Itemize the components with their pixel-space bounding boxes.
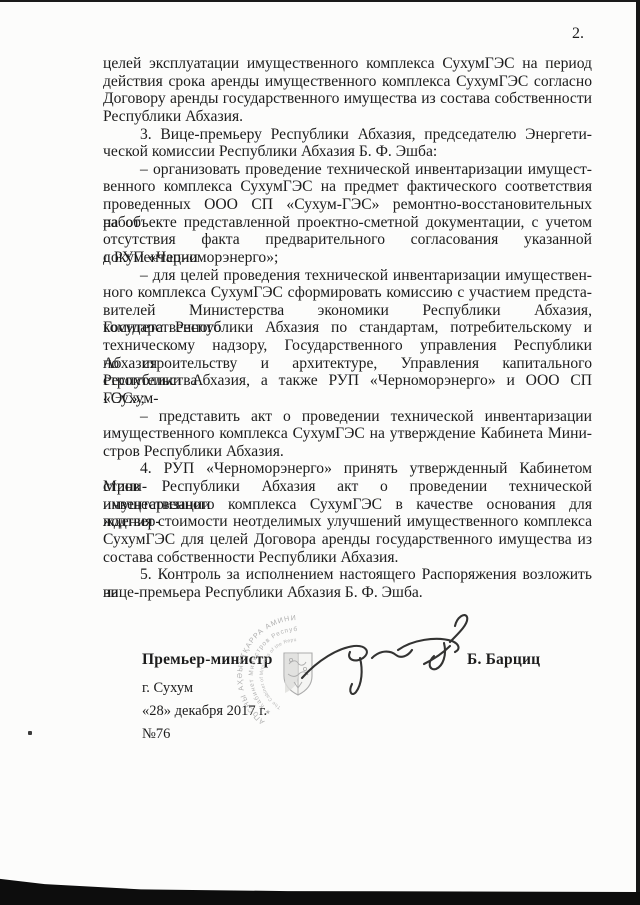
text-line: по строительству и архитектуре, Управлен… — [103, 355, 592, 373]
text-line: состава собственности Республики Абхазия… — [103, 549, 592, 567]
signature-icon — [288, 608, 483, 708]
document-page: 2. целей эксплуатации имущественного ком… — [0, 0, 640, 905]
text-line: ГЭС»; — [103, 390, 592, 408]
text-line: ного комплекса СухумГЭС сформировать ком… — [103, 284, 592, 302]
text-line: техническому надзору, Государственного у… — [103, 337, 592, 355]
paragraph: 4. РУП «Черноморэнерго» принять утвержде… — [103, 460, 592, 566]
text-line: вителей Министерства экономики Республик… — [103, 302, 592, 320]
text-line: ждения стоимости неотделимых улучшений и… — [103, 513, 592, 531]
text-line: Договору аренды государственного имущест… — [103, 90, 592, 108]
document-paragraphs: целей эксплуатации имущественного компле… — [103, 55, 592, 601]
scan-edge-bottom — [0, 876, 640, 905]
text-line: ческой комиссии Республики Абхазия Б. Ф.… — [103, 143, 592, 161]
text-line: комитета Республики Абхазия по стандарта… — [103, 319, 592, 337]
text-line: Республики Абхазия, а также РУП «Черномо… — [103, 372, 592, 390]
text-line: Республики Абхазия. — [103, 108, 592, 126]
text-line: целей эксплуатации имущественного компле… — [103, 55, 592, 73]
text-line: стров Республики Абхазия акт о проведени… — [103, 478, 592, 496]
text-line: вице-премьера Республики Абхазия Б. Ф. Э… — [103, 584, 592, 602]
text-line: СухумГЭС для целей Договора аренды госуд… — [103, 531, 592, 549]
text-line: проведенных ООО СП «Сухум-ГЭС» ремонтно-… — [103, 196, 592, 214]
paragraph: целей эксплуатации имущественного компле… — [103, 55, 592, 126]
text-line: – организовать проведение технической ин… — [103, 161, 592, 179]
text-line: с РУП «Черноморэнерго»; — [103, 249, 592, 267]
text-line: отсутствия факта предварительного соглас… — [103, 231, 592, 249]
paragraph: – для целей проведения технической инвен… — [103, 267, 592, 408]
scan-speck — [28, 731, 32, 735]
text-line: венного комплекса СухумГЭС на предмет фа… — [103, 178, 592, 196]
scan-edge-top — [0, 0, 640, 2]
paragraph: – организовать проведение технической ин… — [103, 161, 592, 267]
text-line: 3. Вице-премьеру Республики Абхазия, пре… — [103, 126, 592, 144]
page-number: 2. — [572, 25, 584, 43]
paragraph: – представить акт о проведении техническ… — [103, 408, 592, 461]
scan-edge-right — [636, 0, 640, 905]
text-line: – представить акт о проведении техническ… — [103, 408, 592, 426]
text-line: 5. Контроль за исполнением настоящего Ра… — [103, 566, 592, 584]
text-line: действия срока аренды имущественного ком… — [103, 73, 592, 91]
text-line: стров Республики Абхазия. — [103, 443, 592, 461]
text-line: 4. РУП «Черноморэнерго» принять утвержде… — [103, 460, 592, 478]
text-line: – для целей проведения технической инвен… — [103, 267, 592, 285]
text-line: имущественного комплекса СухумГЭС в каче… — [103, 496, 592, 514]
signature-city: г. Сухум — [142, 680, 193, 697]
text-line: на объекте представленной проектно-сметн… — [103, 214, 592, 232]
paragraph: 5. Контроль за исполнением настоящего Ра… — [103, 566, 592, 601]
text-line: имущественного комплекса СухумГЭС на утв… — [103, 425, 592, 443]
document-number: №76 — [142, 726, 170, 743]
paragraph: 3. Вице-премьеру Республики Абхазия, пре… — [103, 126, 592, 161]
